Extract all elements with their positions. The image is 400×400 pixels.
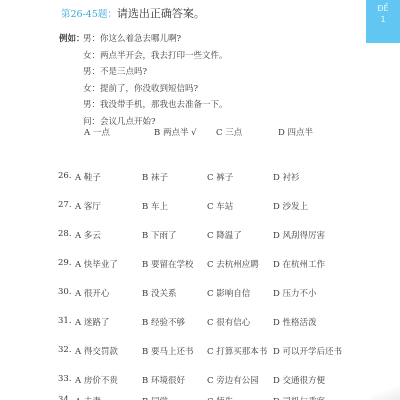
option-a: A 得交罚款 [75,345,118,357]
option-b: B 车上 [142,200,168,212]
option-b: B 同学 [142,395,168,400]
option-d: D 可以开学后还书 [273,345,342,357]
question-range: 第26-45题： [61,9,117,20]
dialogue-line: 女：提前了，你没收到短信吗? [59,81,228,98]
option-a: A 快毕业了 [75,258,118,270]
question-number: 28. [58,229,72,239]
option-d: D 压力不小 [273,287,317,299]
question-number: 30. [58,287,72,297]
question-number: 31. [58,316,72,326]
option-c: C 影响自信 [207,287,250,299]
option-a: A 鞋子 [75,171,101,183]
option-c: C 去杭州应聘 [207,258,259,270]
dialogue-line: 男：你这么着急去哪儿啊? [83,34,181,44]
option-d: D 沙发上 [273,200,308,212]
option-d: D 司机与乘客 [273,395,325,400]
section-heading: 第26-45题：请选出正确答案。 [61,5,205,21]
example-label: 例如： [59,31,83,48]
option-d: D 性格活泼 [273,316,317,328]
question-number: 33. [58,374,72,384]
option-b: B 没关系 [142,287,176,299]
option-d: D 衬衫 [273,171,300,183]
example-option-c: C 三点 [216,126,242,138]
option-c: C 旁边有公园 [207,374,259,386]
option-b: B 要马上还书 [142,345,193,357]
option-c: C 车站 [207,200,233,212]
option-a: A 夫妻 [75,395,101,400]
option-c: C 很有信心 [207,316,250,328]
question-number: 26. [58,171,72,181]
dialogue-line: 男：我没带手机，那我也去准备一下。 [59,97,228,114]
option-b: B 环境很好 [142,374,185,386]
option-a: A 很开心 [75,287,109,299]
option-b: B 要留在学校 [142,258,193,270]
section-tab: ĐỀ 1 [366,0,400,43]
example-option-a: A 一点 [84,126,110,138]
dialogue-line: 男：不是三点吗? [59,64,228,81]
dialogue-line: 女：两点半开会，我去打印一些文件。 [59,48,228,65]
example-dialogue: 例如：男：你这么着急去哪儿啊? 女：两点半开会，我去打印一些文件。 男：不是三点… [59,31,228,131]
question-number: 34. [58,395,72,400]
option-c: C 裤子 [207,171,233,183]
instruction: 请选出正确答案。 [117,7,205,20]
option-c: C 降温了 [207,229,242,241]
option-a: A 客厅 [75,200,101,212]
option-c: C 师生 [207,395,233,400]
tab-number: 1 [366,14,400,25]
page-shadow [370,384,400,400]
option-b: B 下雨了 [142,229,176,241]
question-number: 27. [58,200,72,210]
question-number: 32. [58,345,72,355]
example-option-d: D 四点半 [278,126,313,138]
example-option-b: B 两点半 √ [154,126,197,138]
question-number: 29. [58,258,72,268]
option-a: A 多云 [75,229,101,241]
option-a: A 迷路了 [75,316,109,328]
option-a: A 房价不贵 [75,374,118,386]
option-d: D 在杭州工作 [273,258,325,270]
option-c: C 打算买那本书 [207,345,267,357]
tab-label: ĐỀ [366,3,400,14]
option-d: D 风刮得厉害 [273,229,325,241]
option-b: B 经验不够 [142,316,185,328]
option-d: D 交通很方便 [273,374,325,386]
option-b: B 袜子 [142,171,168,183]
